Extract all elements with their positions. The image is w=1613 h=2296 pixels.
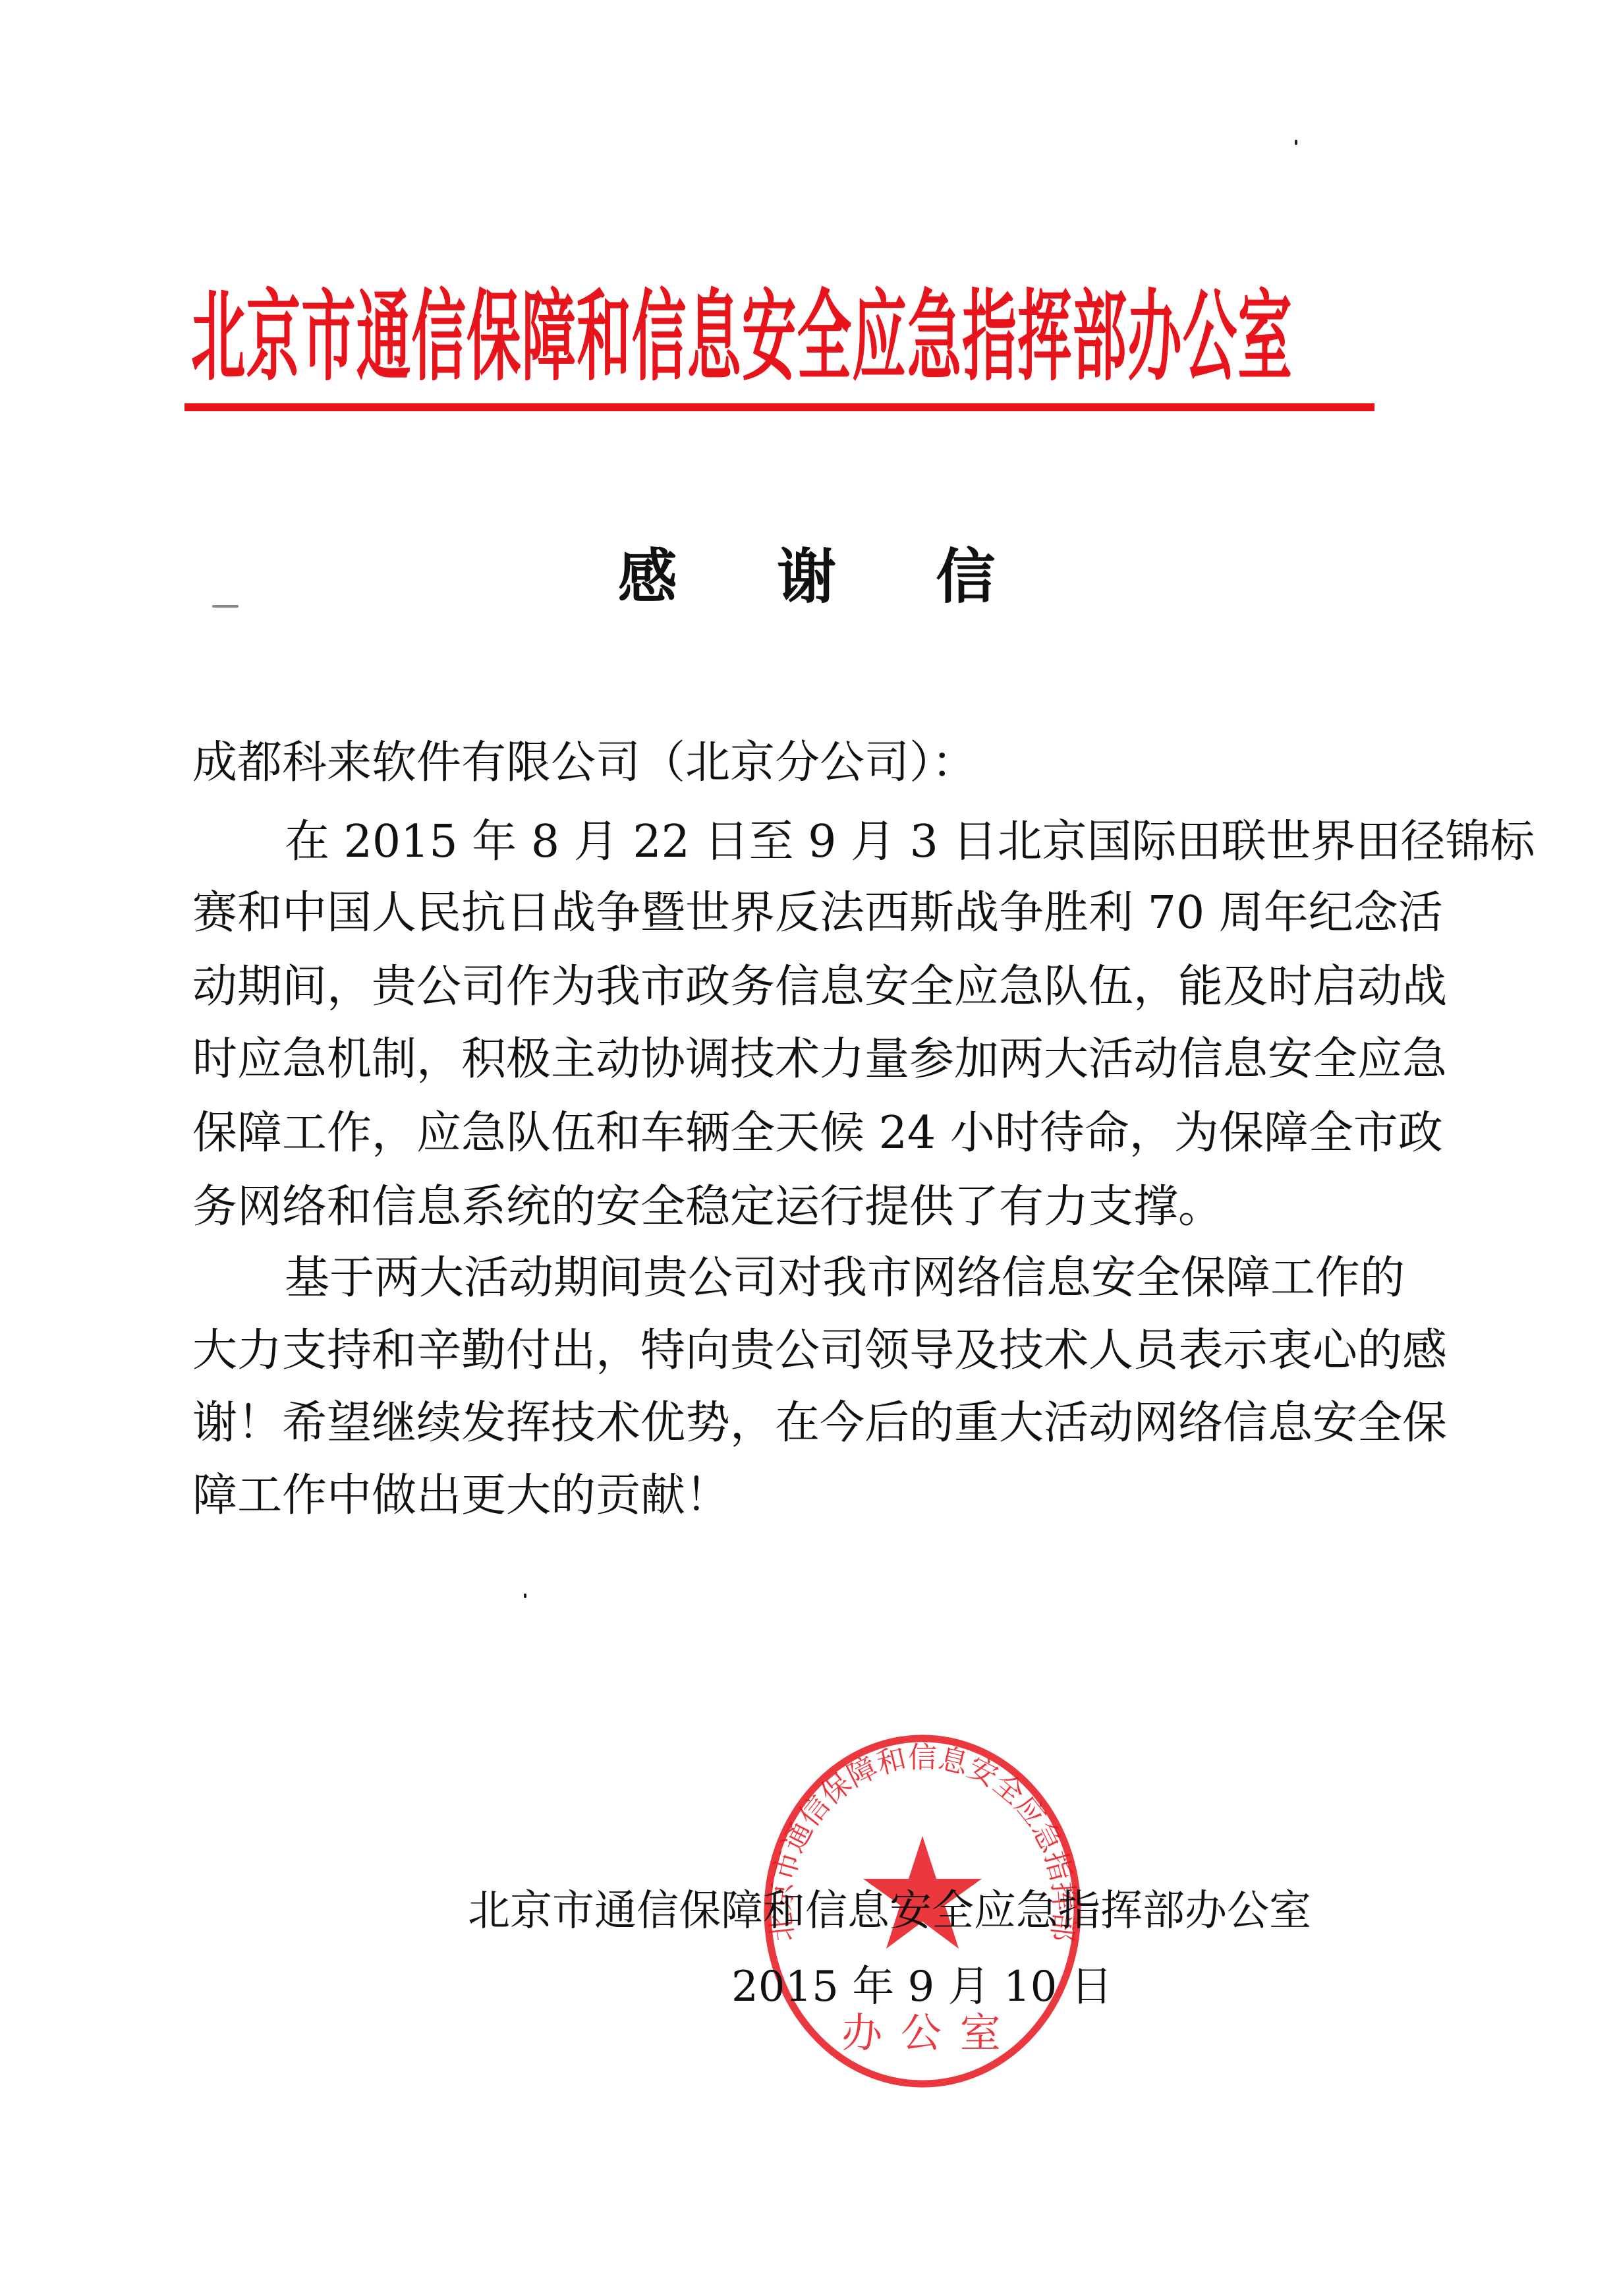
scan-artifact — [1295, 140, 1297, 145]
scan-artifact — [212, 605, 239, 608]
document-title: 感 谢 信 — [0, 540, 1613, 613]
paragraph-line: 务网络和信息系统的安全稳定运行提供了有力支撑。 — [192, 1181, 1402, 1234]
signature-issuer: 北京市通信保障和信息安全应急指挥部办公室 — [448, 1885, 1331, 1937]
paragraph-line: 动期间，贵公司作为我市政务信息安全应急队伍，能及时启动战 — [192, 961, 1402, 1014]
seal-bottom-text: 办 公 室 — [841, 2009, 1003, 2057]
paragraph-line: 时应急机制，积极主动协调技术力量参加两大活动信息安全应急 — [192, 1033, 1402, 1086]
salutation: 成都科来软件有限公司（北京分公司）： — [192, 737, 1402, 789]
letterhead-divider — [184, 403, 1374, 411]
signature-date: 2015 年 9 月 10 日 — [731, 1961, 1113, 2013]
paragraph-line: 大力支持和辛勤付出，特向贵公司领导及技术人员表示衷心的感 — [192, 1325, 1402, 1377]
scan-artifact — [524, 1593, 526, 1598]
paragraph-line: 在 2015 年 8 月 22 日至 9 月 3 日北京国际田联世界田径锦标 — [192, 816, 1402, 869]
paragraph-line: 障工作中做出更大的贡献！ — [192, 1470, 1402, 1522]
paragraph-line: 赛和中国人民抗日战争暨世界反法西斯战争胜利 70 周年纪念活 — [192, 887, 1402, 940]
paragraph-line: 谢！希望继续发挥技术优势，在今后的重大活动网络信息安全保 — [192, 1397, 1402, 1450]
paragraph-line: 基于两大活动期间贵公司对我市网络信息安全保障工作的 — [192, 1252, 1402, 1305]
paragraph-line: 保障工作，应急队伍和车辆全天候 24 小时待命，为保障全市政 — [192, 1107, 1402, 1160]
letterhead-title: 北京市通信保障和信息安全应急指挥部办公室 — [191, 280, 843, 395]
